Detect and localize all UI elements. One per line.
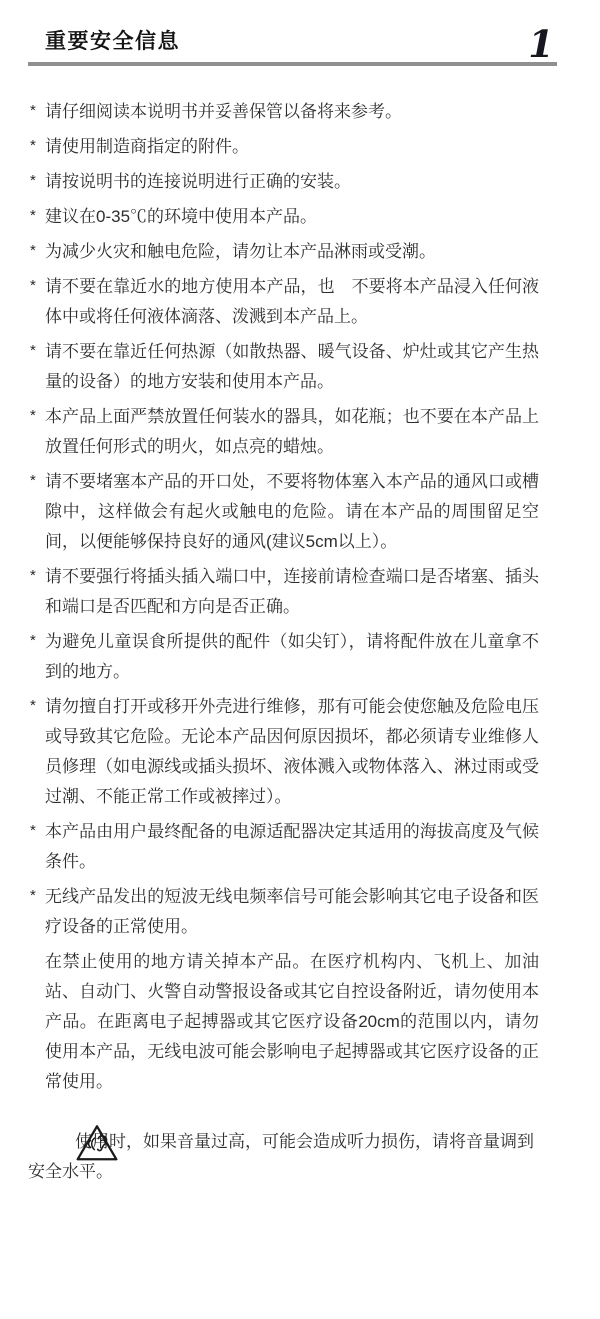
safety-item: * 请使用制造商指定的附件。	[30, 132, 600, 162]
bullet-marker: *	[30, 402, 45, 430]
safety-item-text: 请不要堵塞本产品的开口处，不要将物体塞入本产品的通风口或槽隙中，这样做会有起火或…	[45, 467, 539, 557]
bullet-marker: *	[30, 692, 45, 720]
page-title: 重要安全信息	[45, 31, 180, 52]
safety-item-text: 请使用制造商指定的附件。	[45, 132, 539, 162]
safety-item: * 请按说明书的连接说明进行正确的安装。	[30, 167, 600, 197]
safety-item-text: 请不要在靠近水的地方使用本产品，也 不要将本产品浸入任何液体中或将任何液体滴落、…	[45, 272, 539, 332]
bullet-marker: *	[30, 132, 45, 160]
safety-content: * 请仔细阅读本说明书并妥善保管以备将来参考。 * 请使用制造商指定的附件。 *…	[30, 97, 600, 1097]
bullet-marker: *	[30, 167, 45, 195]
bullet-marker: *	[30, 627, 45, 655]
page-header: 重要安全信息 1	[0, 0, 600, 66]
safety-item: * 为避免儿童误食所提供的配件（如尖钉），请将配件放在儿童拿不到的地方。	[30, 627, 600, 687]
manual-page: 重要安全信息 1 * 请仔细阅读本说明书并妥善保管以备将来参考。 * 请使用制造…	[0, 0, 600, 1319]
safety-item-text: 本产品上面严禁放置任何装水的器具，如花瓶；也不要在本产品上放置任何形式的明火，如…	[45, 402, 539, 462]
safety-item-text: 请按说明书的连接说明进行正确的安装。	[45, 167, 539, 197]
safety-item: * 无线产品发出的短波无线电频率信号可能会影响其它电子设备和医疗设备的正常使用。	[30, 882, 600, 942]
safety-item: * 请仔细阅读本说明书并妥善保管以备将来参考。	[30, 97, 600, 127]
page-number: 1	[528, 26, 554, 63]
safety-item-text: 无线产品发出的短波无线电频率信号可能会影响其它电子设备和医疗设备的正常使用。	[45, 882, 539, 942]
safety-item-text: 请不要在靠近任何热源（如散热器、暖气设备、炉灶或其它产生热量的设备）的地方安装和…	[45, 337, 539, 397]
bullet-marker: *	[30, 337, 45, 365]
bullet-marker: *	[30, 817, 45, 845]
safety-item-text: 请不要强行将插头插入端口中，连接前请检查端口是否堵塞、插头和端口是否匹配和方向是…	[45, 562, 539, 622]
safety-item-text: 为避免儿童误食所提供的配件（如尖钉），请将配件放在儿童拿不到的地方。	[45, 627, 539, 687]
safety-item-text: 请勿擅自打开或移开外壳进行维修，那有可能会使您触及危险电压或导致其它危险。无论本…	[45, 692, 539, 812]
wireless-additional-note: 在禁止使用的地方请关掉本产品。在医疗机构内、飞机上、加油站、自动门、火警自动警报…	[45, 947, 539, 1097]
bullet-marker: *	[30, 467, 45, 495]
safety-item: * 为减少火灾和触电危险，请勿让本产品淋雨或受潮。	[30, 237, 600, 267]
safety-item: * 本产品由用户最终配备的电源适配器决定其适用的海拔高度及气候条件。	[30, 817, 600, 877]
safety-item: * 请勿擅自打开或移开外壳进行维修，那有可能会使您触及危险电压或导致其它危险。无…	[30, 692, 600, 812]
hearing-damage-warning-icon	[28, 1123, 72, 1163]
safety-item-text: 为减少火灾和触电危险，请勿让本产品淋雨或受潮。	[45, 237, 539, 267]
safety-item: * 请不要在靠近任何热源（如散热器、暖气设备、炉灶或其它产生热量的设备）的地方安…	[30, 337, 600, 397]
safety-item: * 请不要堵塞本产品的开口处，不要将物体塞入本产品的通风口或槽隙中，这样做会有起…	[30, 467, 600, 557]
safety-item: * 建议在0-35℃的环境中使用本产品。	[30, 202, 600, 232]
volume-warning-note: 使用时，如果音量过高，可能会造成听力损伤，请将音量调到安全水平。	[28, 1127, 542, 1187]
safety-item-text: 本产品由用户最终配备的电源适配器决定其适用的海拔高度及气候条件。	[45, 817, 539, 877]
safety-item: * 请不要在靠近水的地方使用本产品，也 不要将本产品浸入任何液体中或将任何液体滴…	[30, 272, 600, 332]
bullet-marker: *	[30, 562, 45, 590]
safety-item-text: 请仔细阅读本说明书并妥善保管以备将来参考。	[45, 97, 539, 127]
safety-item: * 本产品上面严禁放置任何装水的器具，如花瓶；也不要在本产品上放置任何形式的明火…	[30, 402, 600, 462]
safety-list: * 请仔细阅读本说明书并妥善保管以备将来参考。 * 请使用制造商指定的附件。 *…	[30, 97, 600, 942]
safety-item-text: 建议在0-35℃的环境中使用本产品。	[45, 202, 539, 232]
bullet-marker: *	[30, 97, 45, 125]
bullet-marker: *	[30, 202, 45, 230]
bullet-marker: *	[30, 272, 45, 300]
safety-item: * 请不要强行将插头插入端口中，连接前请检查端口是否堵塞、插头和端口是否匹配和方…	[30, 562, 600, 622]
bullet-marker: *	[30, 882, 45, 910]
bullet-marker: *	[30, 237, 45, 265]
header-divider	[28, 62, 557, 66]
